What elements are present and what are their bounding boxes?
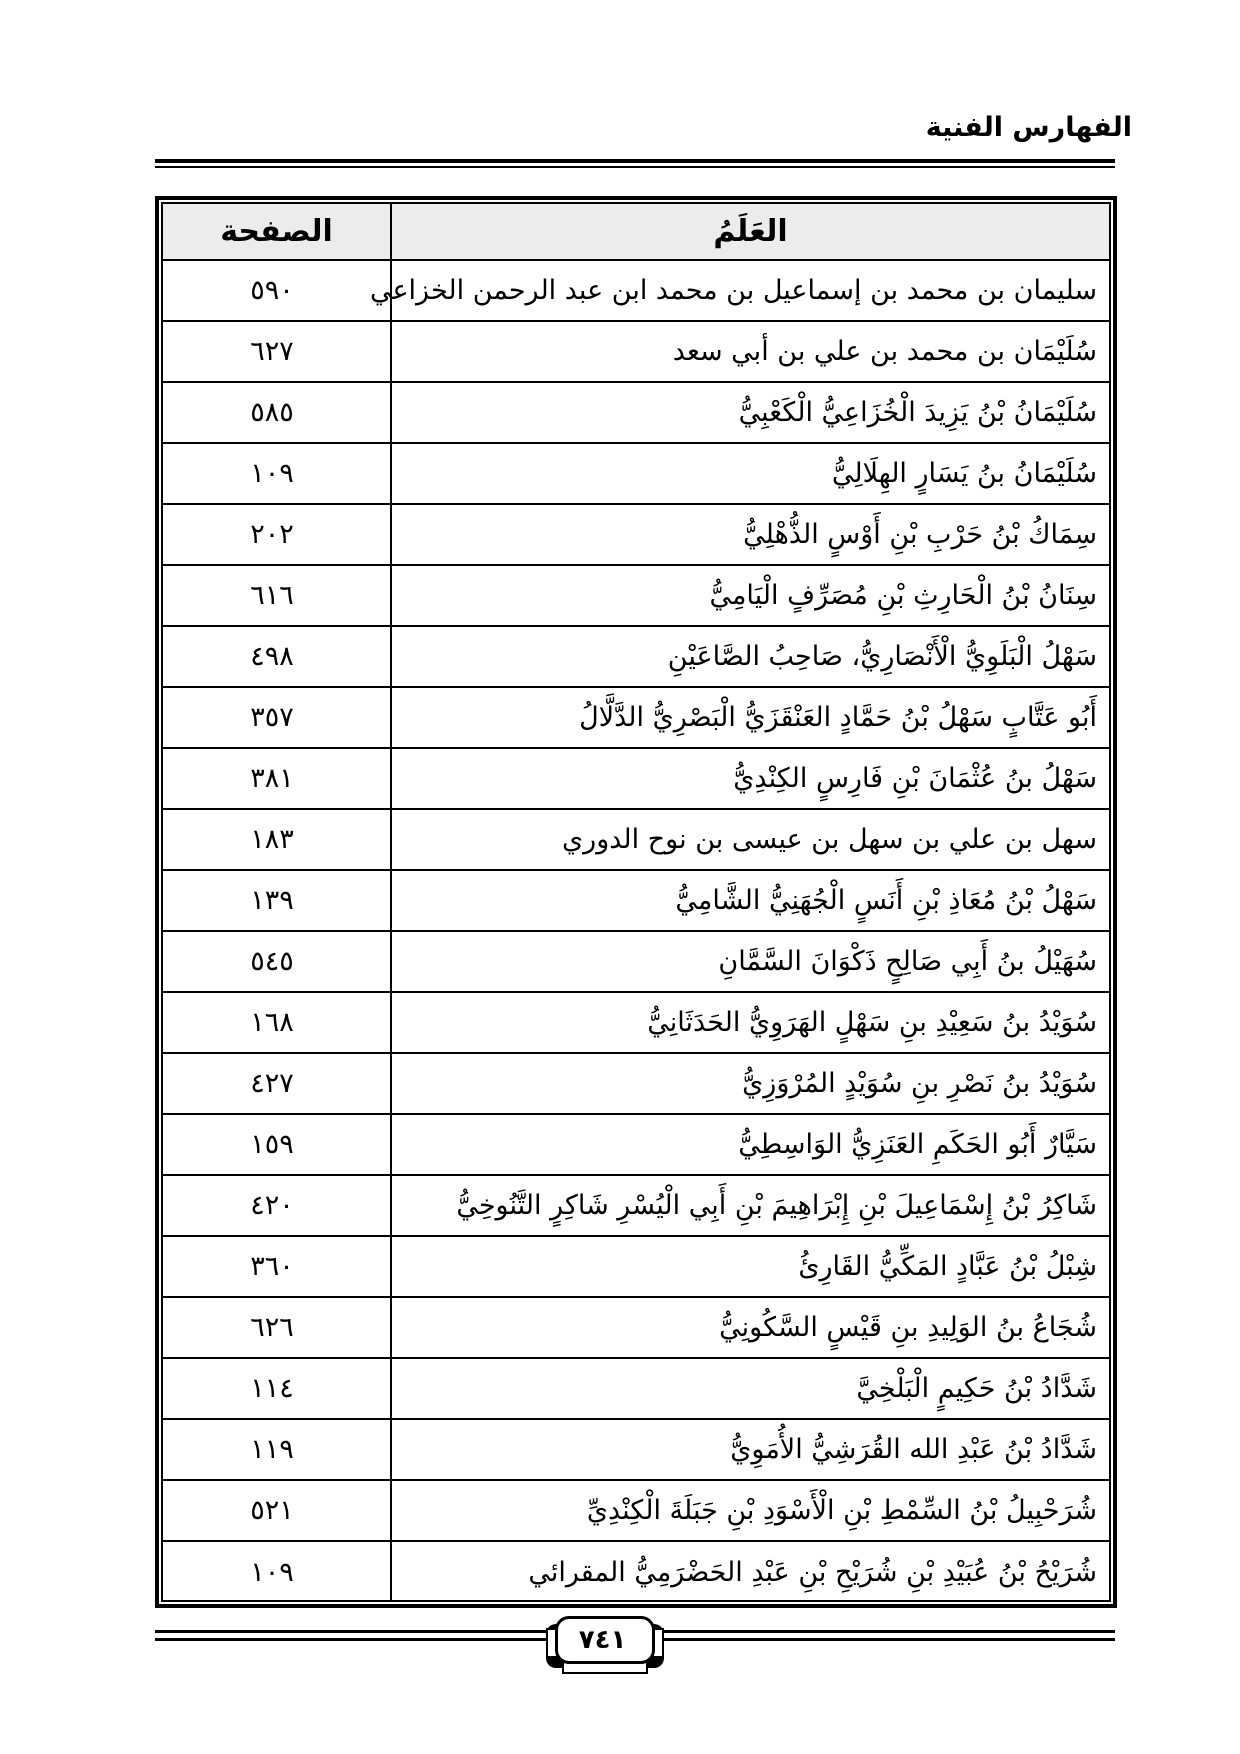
index-table-frame: العَلَمُ الصفحة سليمان بن محمد بن إسماعي…: [155, 196, 1117, 1608]
page-cell: ١٣٩: [163, 870, 391, 931]
page-cell: ٤٩٨: [163, 626, 391, 687]
page-cell: ١٦٨: [163, 992, 391, 1053]
page-cell: ٣٨١: [163, 748, 391, 809]
name-cell: سِنَانُ بْنُ الْحَارِثِ بْنِ مُصَرِّفٍ ا…: [391, 565, 1109, 626]
rule-line-thin: [155, 166, 1115, 168]
table-row: سُلَيْمَانُ بْنُ يَزِيدَ الْخُزَاعِيُّ ا…: [163, 382, 1109, 443]
name-cell: سُهَيْلُ بنُ أَبِي صَالِحٍ ذَكْوَانَ الس…: [391, 931, 1109, 992]
table-row: شِبْلُ بْنُ عَبَّادٍ المَكِّيُّ القَارِئ…: [163, 1236, 1109, 1297]
name-cell: شَاكِرُ بْنُ إِسْمَاعِيلَ بْنِ إِبْرَاهِ…: [391, 1175, 1109, 1236]
page-cell: ١٨٣: [163, 809, 391, 870]
page-cell: ١٠٩: [163, 443, 391, 504]
name-cell: شِبْلُ بْنُ عَبَّادٍ المَكِّيُّ القَارِئ…: [391, 1236, 1109, 1297]
page-cell: ٥٢١: [163, 1480, 391, 1541]
table-row: سُهَيْلُ بنُ أَبِي صَالِحٍ ذَكْوَانَ الس…: [163, 931, 1109, 992]
page-cell: ١١٤: [163, 1358, 391, 1419]
page-cell: ٦٢٧: [163, 321, 391, 382]
table-row: سَهْلُ الْبَلَوِيُّ الْأَنْصَارِيُّ، صَا…: [163, 626, 1109, 687]
table-header-row: العَلَمُ الصفحة: [163, 204, 1109, 260]
name-cell: سُوَيْدُ بنُ سَعِيْدِ بنِ سَهْلٍ الهَرَو…: [391, 992, 1109, 1053]
page-cell: ٤٢٠: [163, 1175, 391, 1236]
table-row: سُلَيْمَانُ بنُ يَسَارٍ الهِلَالِيُّ ١٠٩: [163, 443, 1109, 504]
page-cell: ٣٥٧: [163, 687, 391, 748]
table-row: سُلَيْمَان بن محمد بن علي بن أبي سعد ٦٢٧: [163, 321, 1109, 382]
name-cell: سُلَيْمَانُ بنُ يَسَارٍ الهِلَالِيُّ: [391, 443, 1109, 504]
table-row: سَيَّارٌ أَبُو الحَكَمِ العَنَزِيُّ الوَ…: [163, 1114, 1109, 1175]
name-cell: سَهْلُ بنُ عُثْمَانَ بْنِ فَارِسٍ الكِنْ…: [391, 748, 1109, 809]
page-cell: ٦١٦: [163, 565, 391, 626]
page-cell: ٥٩٠: [163, 260, 391, 321]
header-double-rule: [155, 159, 1115, 168]
footer-page-number: ٧٤١: [555, 1616, 655, 1664]
name-cell: شُرَيْحُ بْنُ عُبَيْدِ بْنِ شُرَيْحِ بْن…: [391, 1541, 1109, 1602]
page-cell: ١١٩: [163, 1419, 391, 1480]
name-cell: شُجَاعُ بنُ الوَلِيدِ بنِ قَيْسٍ السَّكُ…: [391, 1297, 1109, 1358]
name-cell: سَيَّارٌ أَبُو الحَكَمِ العَنَزِيُّ الوَ…: [391, 1114, 1109, 1175]
page-cell: ٣٦٠: [163, 1236, 391, 1297]
page-cell: ٤٢٧: [163, 1053, 391, 1114]
name-cell: سهل بن علي بن سهل بن عيسى بن نوح الدوري: [391, 809, 1109, 870]
table-row: سُوَيْدُ بنُ سَعِيْدِ بنِ سَهْلٍ الهَرَو…: [163, 992, 1109, 1053]
table-row: شَدَّادُ بْنُ حَكِيمٍ الْبَلْخِيَّ ١١٤: [163, 1358, 1109, 1419]
table-row: سُوَيْدُ بنُ نَصْرِ بنِ سُوَيْدٍ المُرْو…: [163, 1053, 1109, 1114]
table-row: شَاكِرُ بْنُ إِسْمَاعِيلَ بْنِ إِبْرَاهِ…: [163, 1175, 1109, 1236]
table-row: أَبُو عَتَّابٍ سَهْلُ بْنُ حَمَّادٍ العَ…: [163, 687, 1109, 748]
table-row: شُرَحْبِيلُ بْنُ السِّمْطِ بْنِ الْأَسْو…: [163, 1480, 1109, 1541]
page-cell: ١٥٩: [163, 1114, 391, 1175]
table-row: سهل بن علي بن سهل بن عيسى بن نوح الدوري …: [163, 809, 1109, 870]
name-cell: سُوَيْدُ بنُ نَصْرِ بنِ سُوَيْدٍ المُرْو…: [391, 1053, 1109, 1114]
table-row: سِمَاكُ بْنُ حَرْبِ بْنِ أَوْسٍ الذُّهْل…: [163, 504, 1109, 565]
table-row: سليمان بن محمد بن إسماعيل بن محمد ابن عب…: [163, 260, 1109, 321]
name-cell: سِمَاكُ بْنُ حَرْبِ بْنِ أَوْسٍ الذُّهْل…: [391, 504, 1109, 565]
header-cell-page: الصفحة: [163, 204, 391, 260]
name-cell: سَهْلُ بْنُ مُعَاذِ بْنِ أَنَسٍ الْجُهَن…: [391, 870, 1109, 931]
table-body: سليمان بن محمد بن إسماعيل بن محمد ابن عب…: [163, 260, 1109, 1602]
name-cell: شَدَّادُ بْنُ عَبْدِ الله القُرَشِيُّ ال…: [391, 1419, 1109, 1480]
page-cell: ٥٨٥: [163, 382, 391, 443]
name-cell: سليمان بن محمد بن إسماعيل بن محمد ابن عب…: [391, 260, 1109, 321]
page-cell: ١٠٩: [163, 1541, 391, 1602]
name-cell: سُلَيْمَانُ بْنُ يَزِيدَ الْخُزَاعِيُّ ا…: [391, 382, 1109, 443]
index-table-inner-frame: العَلَمُ الصفحة سليمان بن محمد بن إسماعي…: [161, 202, 1111, 1602]
name-cell: شُرَحْبِيلُ بْنُ السِّمْطِ بْنِ الْأَسْو…: [391, 1480, 1109, 1541]
page-number-cartouche: ٧٤١: [546, 1616, 664, 1676]
table-row: شَدَّادُ بْنُ عَبْدِ الله القُرَشِيُّ ال…: [163, 1419, 1109, 1480]
table-row: شُرَيْحُ بْنُ عُبَيْدِ بْنِ شُرَيْحِ بْن…: [163, 1541, 1109, 1602]
name-cell: سَهْلُ الْبَلَوِيُّ الْأَنْصَارِيُّ، صَا…: [391, 626, 1109, 687]
header-cell-name: العَلَمُ: [391, 204, 1109, 260]
page-cell: ٢٠٢: [163, 504, 391, 565]
table-row: سَهْلُ بنُ عُثْمَانَ بْنِ فَارِسٍ الكِنْ…: [163, 748, 1109, 809]
page-cell: ٦٢٦: [163, 1297, 391, 1358]
name-cell: أَبُو عَتَّابٍ سَهْلُ بْنُ حَمَّادٍ العَ…: [391, 687, 1109, 748]
page-cell: ٥٤٥: [163, 931, 391, 992]
page-header-title: الفهارس الفنية: [926, 112, 1132, 143]
index-table: العَلَمُ الصفحة سليمان بن محمد بن إسماعي…: [163, 204, 1109, 1602]
table-row: سَهْلُ بْنُ مُعَاذِ بْنِ أَنَسٍ الْجُهَن…: [163, 870, 1109, 931]
table-row: شُجَاعُ بنُ الوَلِيدِ بنِ قَيْسٍ السَّكُ…: [163, 1297, 1109, 1358]
name-cell: شَدَّادُ بْنُ حَكِيمٍ الْبَلْخِيَّ: [391, 1358, 1109, 1419]
name-cell: سُلَيْمَان بن محمد بن علي بن أبي سعد: [391, 321, 1109, 382]
table-row: سِنَانُ بْنُ الْحَارِثِ بْنِ مُصَرِّفٍ ا…: [163, 565, 1109, 626]
